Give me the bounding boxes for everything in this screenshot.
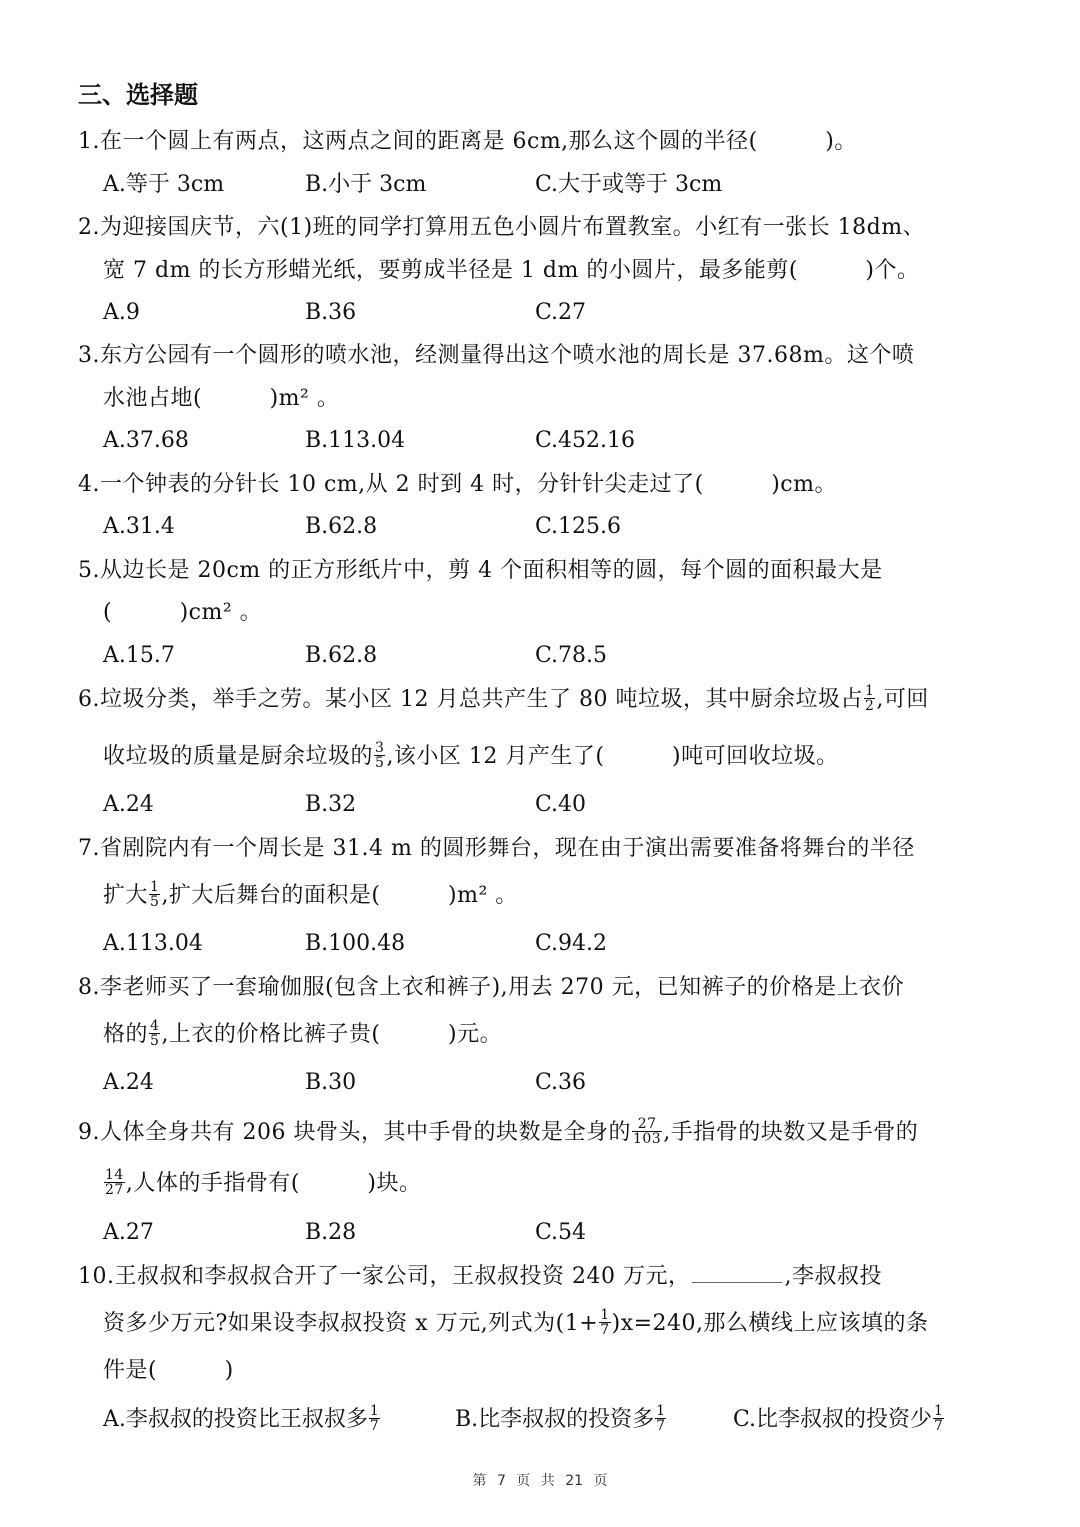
option-b[interactable]: B.比李叔叔的投资多17 (455, 1405, 667, 1435)
question-number: 5. (78, 558, 100, 583)
section-title: 三、选择题 (78, 80, 198, 110)
option-a[interactable]: A.24 (103, 790, 154, 820)
question-text: ( )cm² 。 (103, 598, 262, 628)
option-c[interactable]: C.大于或等于 3cm (535, 170, 722, 200)
fraction: 45 (149, 1019, 160, 1048)
question-text: 水池占地( )m² 。 (103, 384, 339, 414)
question-text: 扩大 (103, 883, 148, 908)
question-text: 宽 7 dm 的长方形蜡光纸，要剪成半径是 1 dm 的小圆片，最多能剪( )个… (103, 256, 920, 286)
option-b[interactable]: B.30 (305, 1068, 356, 1098)
option-c[interactable]: C.125.6 (535, 512, 621, 542)
question-text: 人体全身共有 206 块骨头，其中手骨的块数是全身的 (100, 1120, 631, 1145)
option-a[interactable]: A.31.4 (103, 512, 175, 542)
option-a[interactable]: A.李叔叔的投资比王叔叔多17 (103, 1405, 381, 1435)
option-c[interactable]: C.78.5 (535, 641, 607, 671)
option-c[interactable]: C.452.16 (535, 426, 635, 456)
option-a[interactable]: A.24 (103, 1068, 154, 1098)
question-number: 4. (78, 472, 100, 497)
question-text: 为迎接国庆节，六(1)班的同学打算用五色小圆片布置教室。小红有一张长 18dm、 (100, 215, 925, 240)
option-b[interactable]: B.36 (305, 298, 356, 328)
question-number: 10. (78, 1264, 115, 1289)
option-b[interactable]: B.113.04 (305, 426, 405, 456)
option-a[interactable]: A.37.68 (103, 426, 189, 456)
fraction: 27103 (632, 1117, 662, 1146)
question-text: 资多少万元?如果设李叔叔投资 x 万元,列式为(1+ (103, 1311, 598, 1336)
option-b[interactable]: B.62.8 (305, 641, 377, 671)
fraction: 17 (933, 1404, 944, 1433)
option-c[interactable]: C.40 (535, 790, 586, 820)
option-b[interactable]: B.28 (305, 1218, 356, 1248)
question-number: 3. (78, 343, 100, 368)
question-text: 格的 (103, 1022, 148, 1047)
question-text: 东方公园有一个圆形的喷水池，经测量得出这个喷水池的周长是 37.68m。这个喷 (100, 343, 914, 368)
question-text: 从边长是 20cm 的正方形纸片中，剪 4 个面积相等的圆，每个圆的面积最大是 (100, 558, 883, 583)
option-a[interactable]: A.等于 3cm (103, 170, 224, 200)
option-b[interactable]: B.62.8 (305, 512, 377, 542)
option-a[interactable]: A.27 (103, 1218, 154, 1248)
question-text: 收垃圾的质量是厨余垃圾的 (103, 744, 373, 769)
option-c[interactable]: C.比李叔叔的投资少17 (733, 1405, 945, 1435)
option-c[interactable]: C.94.2 (535, 929, 607, 959)
question-number: 8. (78, 975, 100, 1000)
question-text: 一个钟表的分针长 10 cm,从 2 时到 4 时，分针针尖走过了( )cm。 (100, 472, 837, 497)
fraction: 1427 (104, 1168, 125, 1197)
question-text: 在一个圆上有两点，这两点之间的距离是 6cm,那么这个圆的半径( )。 (100, 129, 857, 154)
fraction: 15 (149, 880, 160, 909)
page-footer: 第 7 页 共 21 页 (0, 1470, 1080, 1490)
fill-in-blank[interactable] (692, 1262, 782, 1283)
question-text: 省剧院内有一个周长是 31.4 m 的圆形舞台，现在由于演出需要准备将舞台的半径 (100, 836, 915, 861)
option-c[interactable]: C.54 (535, 1218, 586, 1248)
question-text: 垃圾分类，举手之劳。某小区 12 月总共产生了 80 吨垃圾，其中厨余垃圾占 (100, 687, 863, 712)
option-a[interactable]: A.113.04 (103, 929, 203, 959)
question-text: ,人体的手指骨有( )块。 (126, 1171, 422, 1196)
fraction: 17 (655, 1404, 666, 1433)
option-c[interactable]: C.36 (535, 1068, 586, 1098)
option-b[interactable]: B.小于 3cm (305, 170, 426, 200)
question-number: 6. (78, 687, 100, 712)
option-a[interactable]: A.9 (103, 298, 140, 328)
question-number: 2. (78, 215, 100, 240)
question-text: 李老师买了一套瑜伽服(包含上衣和裤子),用去 270 元，已知裤子的价格是上衣价 (100, 975, 904, 1000)
fraction: 35 (374, 741, 385, 770)
question-number: 9. (78, 1120, 100, 1145)
fraction: 17 (369, 1404, 380, 1433)
question-text: 件是( ) (103, 1356, 234, 1386)
option-c[interactable]: C.27 (535, 298, 586, 328)
question-number: 7. (78, 836, 100, 861)
question-text: 王叔叔和李叔叔合开了一家公司，王叔叔投资 240 万元， (115, 1264, 691, 1289)
question-number: 1. (78, 129, 100, 154)
option-b[interactable]: B.32 (305, 790, 356, 820)
fraction: 17 (599, 1308, 610, 1337)
option-a[interactable]: A.15.7 (103, 641, 175, 671)
option-b[interactable]: B.100.48 (305, 929, 405, 959)
fraction: 12 (864, 684, 875, 713)
